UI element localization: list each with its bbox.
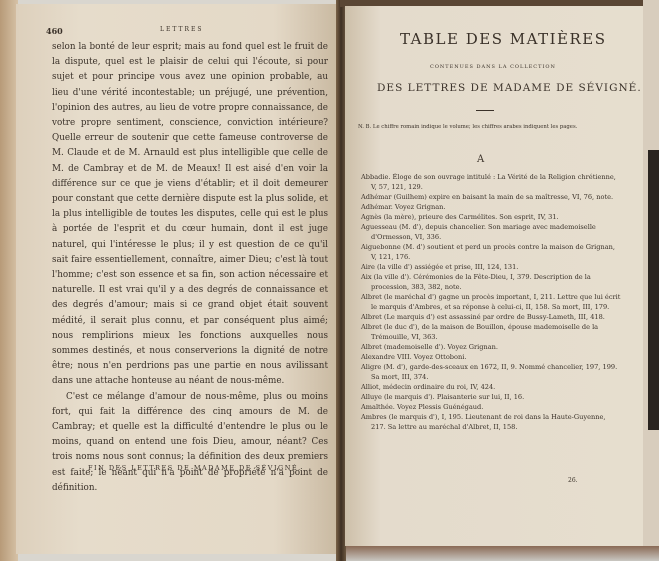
index-entry: Adhémar (Guilhem) expire en baisant la m… bbox=[361, 192, 621, 202]
index-note: N. B. Le chiffre romain indique le volum… bbox=[358, 124, 577, 130]
left-page-body: selon la bonté de leur esprit; mais au f… bbox=[52, 40, 328, 496]
collection-title: DES LETTRES DE MADAME DE SÉVIGNÉ. bbox=[377, 82, 642, 94]
index-entry: Ambres (le marquis d'), I, 195. Lieutena… bbox=[361, 412, 621, 432]
index-entries: Abbadie. Éloge de son ouvrage intitulé :… bbox=[361, 172, 621, 432]
section-letter: A bbox=[477, 154, 484, 165]
index-entry: Amalthée. Voyez Plessis Guénégaud. bbox=[361, 402, 621, 412]
signature-mark: 26. bbox=[568, 477, 578, 484]
index-entry: Alluye (le marquis d'). Plaisanterie sur… bbox=[361, 392, 621, 402]
cover-bottom-edge bbox=[346, 546, 659, 561]
running-head: LETTRES bbox=[160, 26, 204, 33]
page-number: 460 bbox=[46, 26, 63, 36]
index-entry: Albret (le duc d'), de la maison de Boui… bbox=[361, 322, 621, 342]
index-entry: Albret (mademoiselle d'). Voyez Grignan. bbox=[361, 342, 621, 352]
end-note: FIN DES LETTRES DE MADAME DE SÉVIGNÉ. bbox=[88, 464, 302, 472]
index-entry: Albret (le maréchal d') gagne un procès … bbox=[361, 292, 621, 312]
paragraph: C'est ce mélange d'amour de nous-même, p… bbox=[52, 390, 328, 496]
divider bbox=[476, 110, 494, 111]
index-entry: Aiguebonne (M. d') soutient et perd un p… bbox=[361, 242, 621, 262]
index-entry: Adhémar. Voyez Grignan. bbox=[361, 202, 621, 212]
index-entry: Abbadie. Éloge de son ouvrage intitulé :… bbox=[361, 172, 621, 192]
page-subtitle: CONTENUES DANS LA COLLECTION bbox=[430, 64, 556, 70]
index-entry: Agnès (la mère), prieure des Carmélites.… bbox=[361, 212, 621, 222]
page-title: TABLE DES MATIÈRES bbox=[400, 30, 607, 48]
index-entry: Alexandre VIII. Voyez Ottoboni. bbox=[361, 352, 621, 362]
open-book: 460 LETTRES selon la bonté de leur espri… bbox=[0, 0, 659, 561]
index-entry: Aix (la ville d'). Cérémonies de la Fête… bbox=[361, 272, 621, 292]
index-entry: Aguesseau (M. d'), depuis chancelier. So… bbox=[361, 222, 621, 242]
index-entry: Aire (la ville d') assiégée et prise, II… bbox=[361, 262, 621, 272]
index-entry: Alliot, médecin ordinaire du roi, IV, 42… bbox=[361, 382, 621, 392]
paragraph: selon la bonté de leur esprit; mais au f… bbox=[52, 40, 328, 390]
index-entry: Aligre (M. d'), garde-des-sceaux en 1672… bbox=[361, 362, 621, 382]
bookmark bbox=[648, 150, 659, 430]
index-entry: Albret (Le marquis d') est assassiné par… bbox=[361, 312, 621, 322]
